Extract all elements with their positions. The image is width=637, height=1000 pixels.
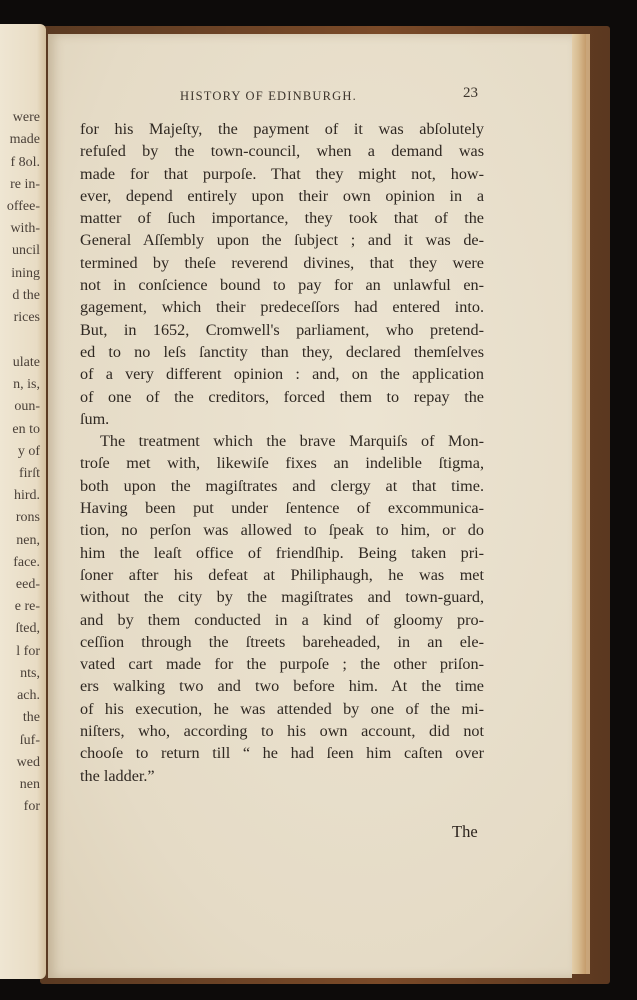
facing-page-fragment: f 8ol. <box>10 155 40 171</box>
text-line: for his Majeſty, the payment of it was a… <box>80 118 484 140</box>
facing-page-fragment: ſuf- <box>20 733 40 749</box>
facing-page-fragment: the <box>23 710 40 726</box>
facing-page-fragment: made <box>10 132 40 148</box>
text-line: of one of the creditors, forced them to … <box>80 386 484 408</box>
facing-page-fragment: ſted, <box>16 621 41 637</box>
body-text: for his Majeſty, the payment of it was a… <box>80 118 484 787</box>
facing-page-fragment: oun- <box>14 399 40 415</box>
facing-page-fragment: n, is, <box>13 377 40 393</box>
text-line: ceſſion through the ſtreets bareheaded, … <box>80 631 484 653</box>
text-line: ers walking two and two before him. At t… <box>80 675 484 697</box>
text-line: him the leaſt office of friendſhip. Bein… <box>80 542 484 564</box>
text-line: made for that purpoſe. That they might n… <box>80 163 484 185</box>
text-line: of his execution, he was attended by one… <box>80 698 484 720</box>
facing-page-fragment: uncil <box>12 243 40 259</box>
facing-page-fragment: offee- <box>7 199 40 215</box>
page-number: 23 <box>463 85 478 102</box>
text-line: refuſed by the town-council, when a dema… <box>80 140 484 162</box>
text-line: ſum. <box>80 408 484 430</box>
text-line: troſe met with, likewiſe fixes an indeli… <box>80 452 484 474</box>
text-line: gagement, which their predeceſſors had e… <box>80 296 484 318</box>
text-line: and by them conducted in a kind of gloom… <box>80 609 484 631</box>
page-fore-edge <box>570 34 586 974</box>
facing-page-fragment: were <box>13 110 40 126</box>
text-line: vated cart made for the purpoſe ; the ot… <box>80 653 484 675</box>
facing-page-fragment: ulate <box>13 355 40 371</box>
facing-page-fragment: e re- <box>15 599 40 615</box>
facing-page-fragment: firſt <box>19 466 40 482</box>
text-line: General Aſſembly upon the ſubject ; and … <box>80 229 484 251</box>
text-line: termined by theſe reverend divines, that… <box>80 252 484 274</box>
text-line: ever, depend entirely upon their own opi… <box>80 185 484 207</box>
facing-page-fragment: re in- <box>10 177 40 193</box>
text-line: not in conſcience bound to pay for an un… <box>80 274 484 296</box>
text-line: ed to no leſs ſanctity than they, declar… <box>80 341 484 363</box>
facing-page-fragment: y of <box>18 444 40 460</box>
text-line: chooſe to return till “ he had ſeen him … <box>80 742 484 764</box>
facing-page-fragment: rons <box>16 510 40 526</box>
text-line: the ladder.” <box>80 765 484 787</box>
facing-page-fragment: face. <box>13 555 40 571</box>
left-page-fragment: weremadef 8ol.re in-offee-with-uncilinin… <box>0 24 46 979</box>
facing-page-fragment: for <box>24 799 40 815</box>
facing-page-fragment: d the <box>12 288 40 304</box>
text-line: of a very different opinion : and, on th… <box>80 363 484 385</box>
text-line: The treatment which the brave Marquiſs o… <box>80 430 484 452</box>
facing-page-fragment: en to <box>12 422 40 438</box>
facing-page-fragment: hird. <box>14 488 40 504</box>
facing-page-fragment: nen <box>20 777 40 793</box>
text-line: ſoner after his defeat at Philiphaugh, h… <box>80 564 484 586</box>
facing-page-fragment: nen, <box>16 533 40 549</box>
text-line: But, in 1652, Cromwell's parliament, who… <box>80 319 484 341</box>
facing-page-fragment: with- <box>10 221 40 237</box>
facing-page-fragment: l for <box>16 644 40 660</box>
facing-page-fragment: rices <box>14 310 40 326</box>
facing-page-fragment: ach. <box>17 688 40 704</box>
text-line: without the city by the magiſtrates and … <box>80 586 484 608</box>
facing-page-fragment: eed- <box>16 577 40 593</box>
facing-page-fragment: nts, <box>20 666 40 682</box>
facing-page-fragment: wed <box>17 755 40 771</box>
catchword: The <box>452 822 478 842</box>
text-line: Having been put under ſentence of excomm… <box>80 497 484 519</box>
running-head: HISTORY OF EDINBURGH. <box>180 89 357 104</box>
text-line: both upon the magiſtrates and clergy at … <box>80 475 484 497</box>
text-line: tion, no perſon was allowed to ſpeak to … <box>80 519 484 541</box>
text-line: niſters, who, according to his own accou… <box>80 720 484 742</box>
text-line: matter of ſuch importance, they took tha… <box>80 207 484 229</box>
facing-page-fragment: ining <box>11 266 40 282</box>
